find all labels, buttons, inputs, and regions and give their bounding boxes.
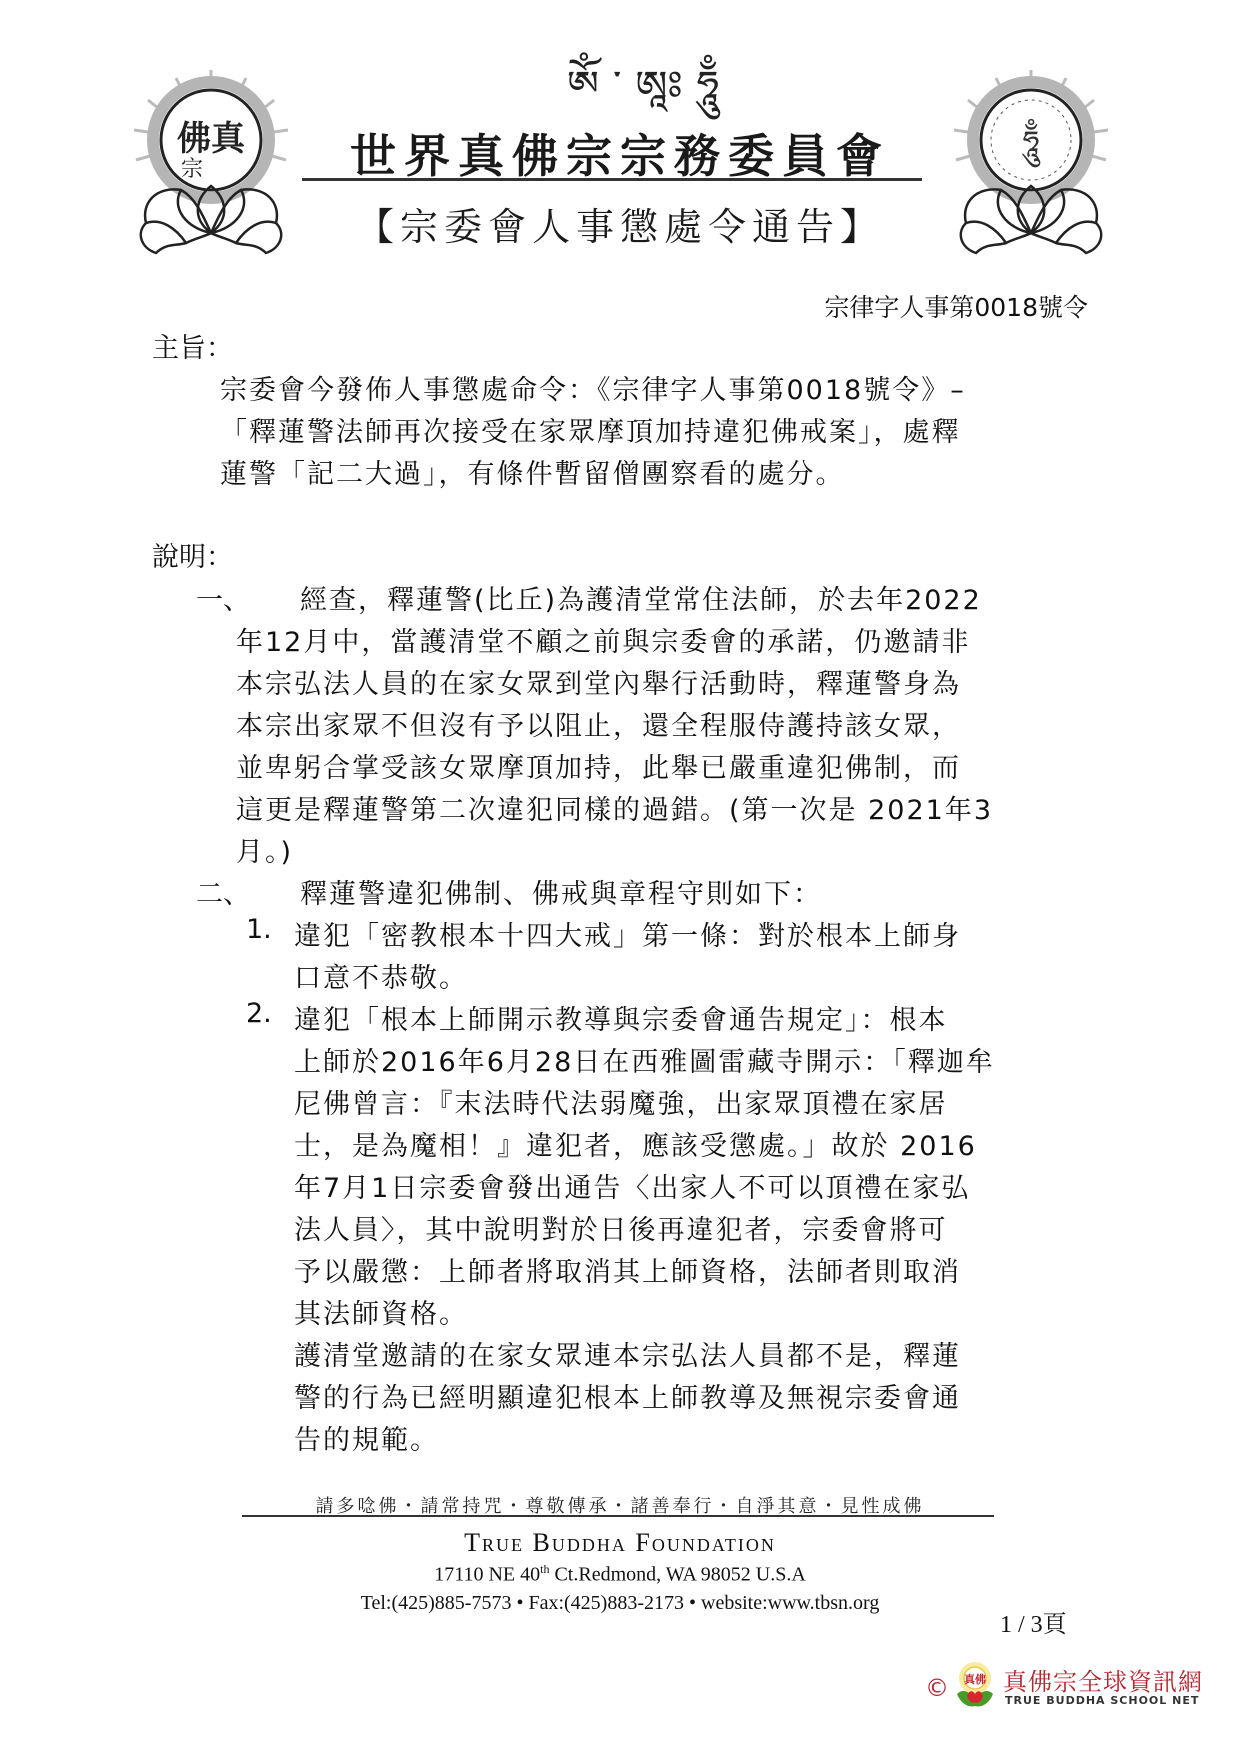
item-marker: 一、 xyxy=(196,578,250,617)
subitem-line: 違犯「根本上師開示教導與宗委會通告規定」：根本 xyxy=(294,998,948,1037)
foundation-contact: Tel:(425)885-7573 • Fax:(425)883-2173 • … xyxy=(240,1592,1000,1615)
subitem-line: 違犯「密教根本十四大戒」第一條：對於根本上師身 xyxy=(294,914,961,953)
subitem-line: 士，是為魔相！』違犯者，應該受懲處。」故於 2016 xyxy=(294,1124,977,1163)
subject-line: 「釋蓮警法師再次接受在家眾摩頂加持違犯佛戒案」，處釋 xyxy=(220,410,961,449)
subject-line: 蓮警「記二大過」，有條件暫留僧團察看的處分。 xyxy=(220,452,845,491)
subitem-marker: 1. xyxy=(246,914,272,945)
tbsn-watermark: © 真佛 真佛宗全球資訊網 TRUE BUDDHA SCHOOL NET xyxy=(925,1660,1225,1720)
subitem-line: 予以嚴懲：上師者將取消其上師資格，法師者則取消 xyxy=(294,1250,961,1289)
item-line: 本宗出家眾不但沒有予以阻止，還全程服侍護持該女眾， xyxy=(236,704,961,743)
explanation-label: 說明： xyxy=(152,535,233,574)
subject-line: 宗委會今發佈人事懲處命令：《宗律字人事第0018號令》– xyxy=(220,368,966,407)
svg-text:真佛: 真佛 xyxy=(964,1672,986,1686)
subject-label: 主旨： xyxy=(152,326,233,365)
subitem-line: 告的規範。 xyxy=(294,1418,439,1457)
item-line: 月。) xyxy=(236,830,293,869)
notice-title: 【宗委會人事懲處令通告】 xyxy=(340,196,900,251)
subitem-line: 其法師資格。 xyxy=(294,1292,468,1331)
subitem-line: 警的行為已經明顯違犯根本上師教導及無視宗委會通 xyxy=(294,1376,961,1415)
true-buddha-school-logo-left: 佛真 宗 xyxy=(126,68,296,258)
subitem-line: 口意不恭敬。 xyxy=(294,956,468,995)
reference-number: 宗律字人事第0018號令 xyxy=(824,288,1088,324)
subitem-line: 上師於2016年6月28日在西雅圖雷藏寺開示：「釋迦牟 xyxy=(294,1040,995,1079)
address-part: 17110 NE 40 xyxy=(434,1564,540,1586)
tbsn-lotus-logo-icon: 真佛 xyxy=(953,1660,997,1710)
item-line: 經查，釋蓮警(比丘)為護清堂常住法師，於去年2022 xyxy=(300,578,982,617)
foundation-name: True Buddha Foundation xyxy=(240,1528,1000,1558)
org-title: 世界真佛宗宗務委員會 xyxy=(300,120,940,186)
copyright-symbol: © xyxy=(925,1674,949,1702)
address-part: Ct.Redmond, WA 98052 U.S.A xyxy=(549,1564,805,1586)
item-line: 這更是釋蓮警第二次違犯同樣的過錯。(第一次是 2021年3 xyxy=(236,788,993,827)
subitem-line: 年7月1日宗委會發出通告〈出家人不可以頂禮在家弘 xyxy=(294,1166,970,1205)
title-divider xyxy=(302,178,922,181)
subitem-line: 護清堂邀請的在家女眾連本宗弘法人員都不是，釋蓮 xyxy=(294,1334,961,1373)
item-marker: 二、 xyxy=(196,872,250,911)
svg-text:宗: 宗 xyxy=(181,157,203,182)
footer-divider xyxy=(242,1515,994,1517)
svg-text:佛真: 佛真 xyxy=(177,119,247,159)
page-number: 1 / 3頁 xyxy=(1000,1604,1067,1639)
item-line: 本宗弘法人員的在家女眾到堂內舉行活動時，釋蓮警身為 xyxy=(236,662,961,701)
foundation-address: 17110 NE 40th Ct.Redmond, WA 98052 U.S.A xyxy=(240,1562,1000,1587)
item-line: 並卑躬合掌受該女眾摩頂加持，此舉已嚴重違犯佛制，而 xyxy=(236,746,961,785)
item-line: 釋蓮警違犯佛制、佛戒與章程守則如下： xyxy=(300,872,822,911)
subitem-marker: 2. xyxy=(246,998,272,1029)
subitem-line: 法人員〉，其中說明對於日後再違犯者，宗委會將可 xyxy=(294,1208,948,1247)
mantra-seal-logo-right: ཧཱུྃ xyxy=(946,68,1116,258)
tbsn-english-name: TRUE BUDDHA SCHOOL NET xyxy=(1005,1694,1199,1707)
subitem-line: 尼佛曾言：『末法時代法弱魔強，出家眾頂禮在家居 xyxy=(294,1082,948,1121)
item-line: 年12月中，當護清堂不顧之前與宗委會的承諾，仍邀請非 xyxy=(236,620,970,659)
tbsn-chinese-name: 真佛宗全球資訊網 xyxy=(1003,1662,1203,1697)
